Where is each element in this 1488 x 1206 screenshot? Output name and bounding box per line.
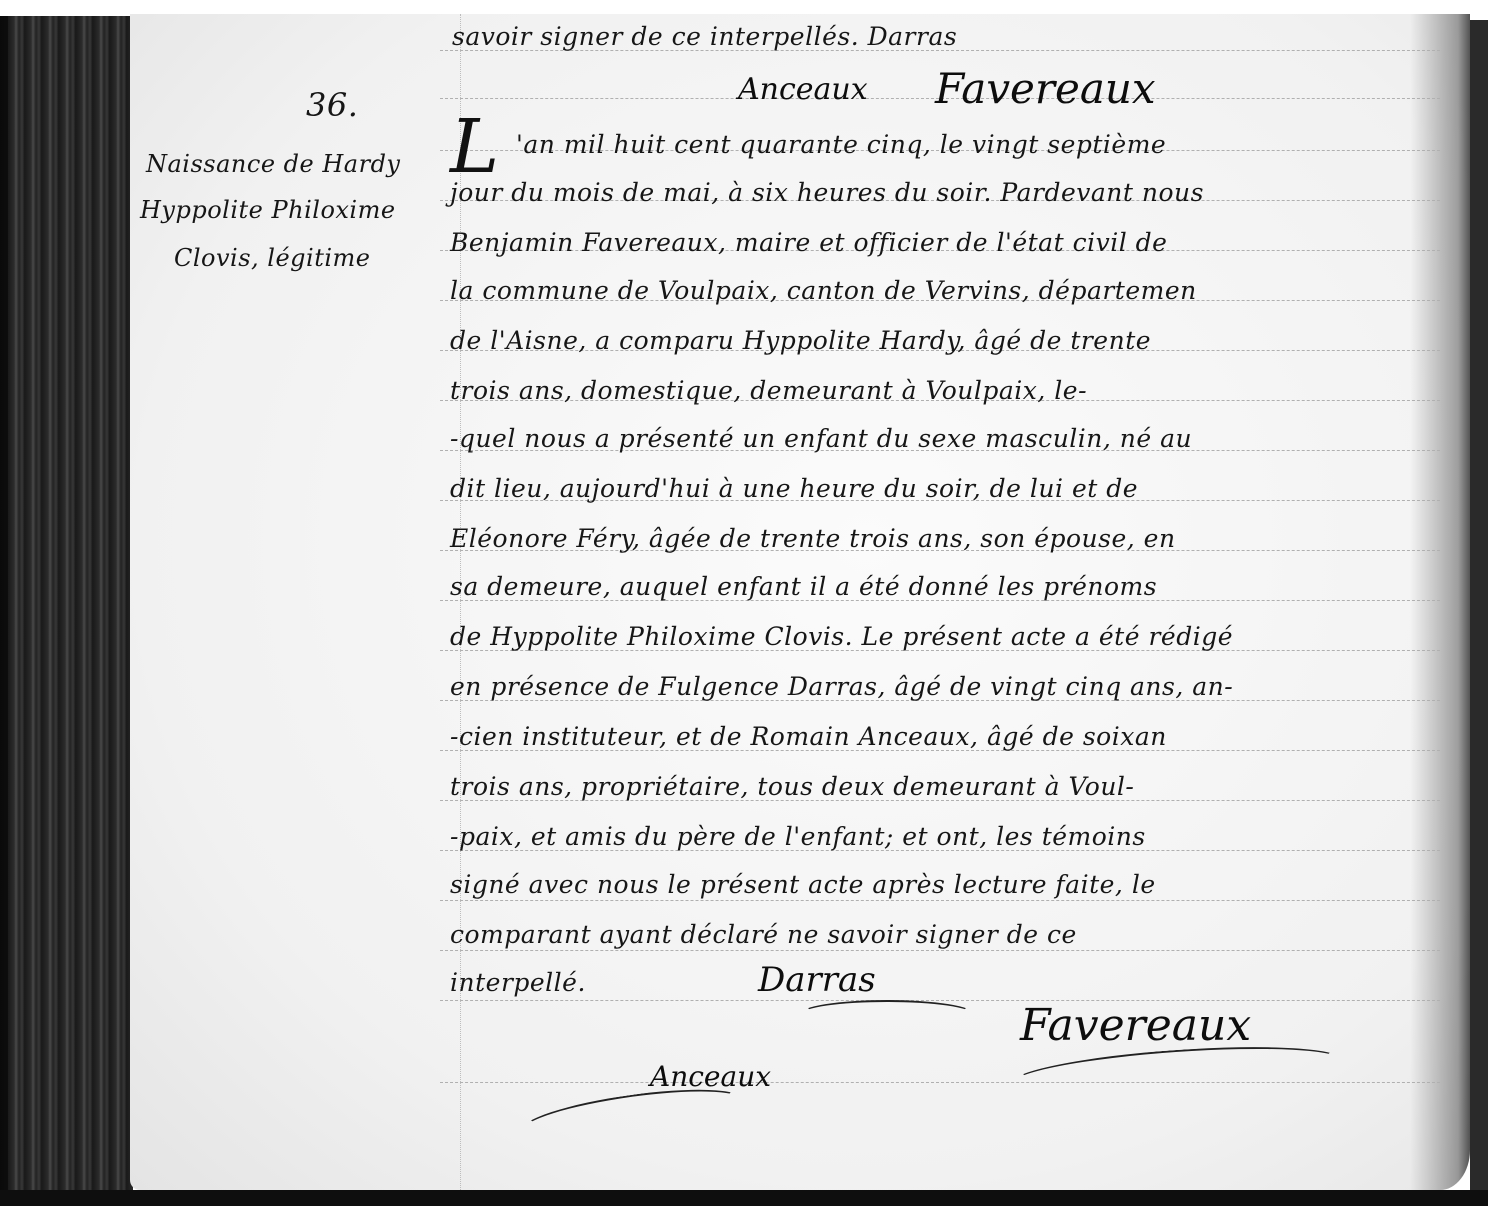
body-line: dit lieu, aujourd'hui à une heure du soi… [450, 474, 1138, 503]
scan-border-bottom [0, 1190, 1488, 1206]
body-line: en présence de Fulgence Darras, âgé de v… [450, 672, 1233, 701]
body-line: comparant ayant déclaré ne savoir signer… [450, 920, 1077, 949]
body-line: Eléonore Féry, âgée de trente trois ans,… [450, 524, 1176, 553]
ruled-line [440, 900, 1440, 901]
margin-note-line2: Hyppolite Philoxime [140, 196, 396, 224]
body-line: -cien instituteur, et de Romain Anceaux,… [450, 722, 1167, 751]
scan-border-right [1470, 20, 1488, 1206]
body-line: de Hyppolite Philoxime Clovis. Le présen… [450, 622, 1233, 651]
body-line: Benjamin Favereaux, maire et officier de… [450, 228, 1167, 257]
body-line: -paix, et amis du père de l'enfant; et o… [450, 822, 1146, 851]
body-line: jour du mois de mai, à six heures du soi… [450, 178, 1204, 207]
carryover-signature-anceaux: Anceaux [738, 72, 868, 107]
body-line: 'an mil huit cent quarante cinq, le ving… [516, 130, 1166, 159]
entry-number: 36. [306, 86, 358, 124]
margin-note-line3: Clovis, légitime [174, 244, 371, 272]
signature-darras: Darras [758, 960, 876, 1000]
signature-anceaux: Anceaux [650, 1060, 771, 1093]
body-line-final: interpellé. [450, 968, 586, 997]
body-line: de l'Aisne, a comparu Hyppolite Hardy, â… [450, 326, 1151, 355]
page-curl-shadow [1410, 14, 1470, 1190]
carryover-line: savoir signer de ce interpellés. Darras [452, 22, 957, 51]
book-spine [8, 16, 133, 1206]
body-line: la commune de Voulpaix, canton de Vervin… [450, 276, 1197, 305]
body-line: trois ans, domestique, demeurant à Voulp… [450, 376, 1087, 405]
body-line: -quel nous a présenté un enfant du sexe … [450, 424, 1192, 453]
signature-favereaux: Favereaux [1020, 1000, 1251, 1051]
body-line: sa demeure, auquel enfant il a été donné… [450, 572, 1157, 601]
carryover-signature-favereaux: Favereaux [935, 64, 1156, 113]
ruled-line [440, 1082, 1440, 1083]
signature-flourish [800, 1000, 974, 1028]
ruled-line [440, 950, 1440, 951]
ruled-line [440, 1000, 1440, 1001]
body-line: trois ans, propriétaire, tous deux demeu… [450, 772, 1134, 801]
body-line: signé avec nous le présent acte après le… [450, 870, 1156, 899]
margin-note-line1: Naissance de Hardy [146, 150, 400, 178]
